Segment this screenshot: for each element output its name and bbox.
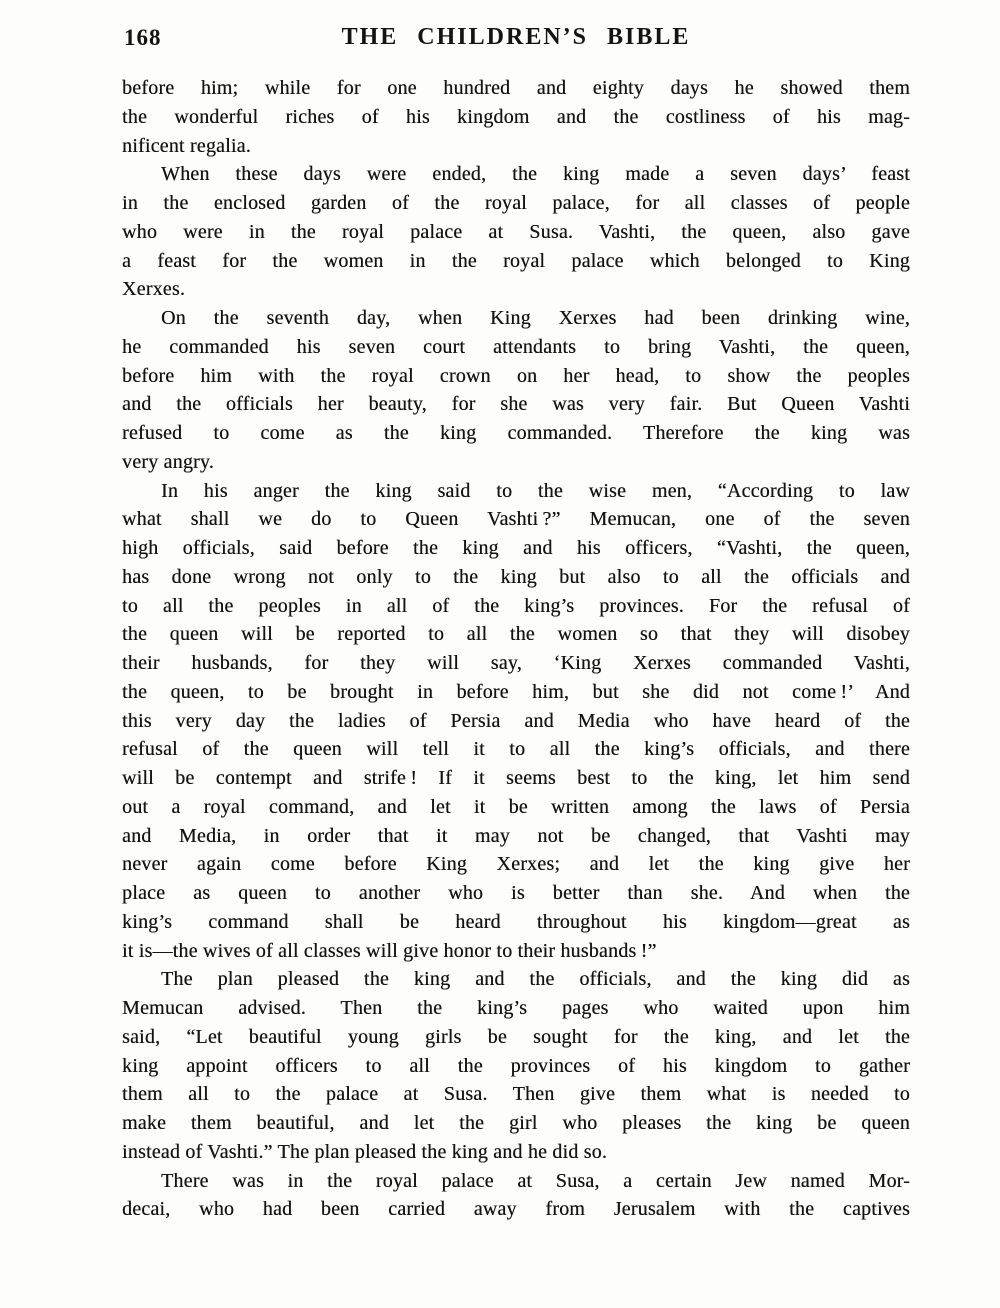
running-header: 168 THE CHILDREN’S BIBLE [122, 22, 910, 58]
text-line: place as queen to another who is better … [122, 879, 910, 908]
text-line: king appoint officers to all the provinc… [122, 1052, 910, 1081]
page-number: 168 [124, 25, 162, 51]
page-content: 168 THE CHILDREN’S BIBLE before him; whi… [122, 22, 910, 1224]
text-line: never again come before King Xerxes; and… [122, 850, 910, 879]
text-line: The plan pleased the king and the offici… [122, 965, 910, 994]
paragraph: When these days were ended, the king mad… [122, 160, 910, 304]
text-line: and the officials her beauty, for she wa… [122, 390, 910, 419]
paragraph: The plan pleased the king and the offici… [122, 965, 910, 1166]
page-body: before him; while for one hundred and ei… [122, 74, 910, 1224]
text-line: nificent regalia. [122, 132, 910, 161]
text-line: he commanded his seven court attendants … [122, 333, 910, 362]
text-line: very angry. [122, 448, 910, 477]
text-line: king’s command shall be heard throughout… [122, 908, 910, 937]
book-page: 168 THE CHILDREN’S BIBLE before him; whi… [0, 0, 1000, 1308]
text-line: has done wrong not only to the king but … [122, 563, 910, 592]
text-line: out a royal command, and let it be writt… [122, 793, 910, 822]
page-title: THE CHILDREN’S BIBLE [122, 22, 910, 51]
text-line: what shall we do to Queen Vashti ?” Memu… [122, 505, 910, 534]
text-line: Xerxes. [122, 275, 910, 304]
paragraph: There was in the royal palace at Susa, a… [122, 1167, 910, 1225]
text-line: decai, who had been carried away from Je… [122, 1195, 910, 1224]
text-line: them all to the palace at Susa. Then giv… [122, 1080, 910, 1109]
text-line: refused to come as the king commanded. T… [122, 419, 910, 448]
paragraph: before him; while for one hundred and ei… [122, 74, 910, 160]
text-line: it is—the wives of all classes will give… [122, 937, 910, 966]
text-line: make them beautiful, and let the girl wh… [122, 1109, 910, 1138]
text-line: When these days were ended, the king mad… [122, 160, 910, 189]
paragraph: In his anger the king said to the wise m… [122, 477, 910, 966]
text-line: In his anger the king said to the wise m… [122, 477, 910, 506]
text-line: to all the peoples in all of the king’s … [122, 592, 910, 621]
text-line: instead of Vashti.” The plan pleased the… [122, 1138, 910, 1167]
text-line: in the enclosed garden of the royal pala… [122, 189, 910, 218]
text-line: the wonderful riches of his kingdom and … [122, 103, 910, 132]
text-line: high officials, said before the king and… [122, 534, 910, 563]
text-line: this very day the ladies of Persia and M… [122, 707, 910, 736]
text-line: who were in the royal palace at Susa. Va… [122, 218, 910, 247]
text-line: will be contempt and strife ! If it seem… [122, 764, 910, 793]
text-line: the queen will be reported to all the wo… [122, 620, 910, 649]
text-line: their husbands, for they will say, ‘King… [122, 649, 910, 678]
text-line: said, “Let beautiful young girls be soug… [122, 1023, 910, 1052]
text-line: before him; while for one hundred and ei… [122, 74, 910, 103]
text-line: the queen, to be brought in before him, … [122, 678, 910, 707]
text-line: On the seventh day, when King Xerxes had… [122, 304, 910, 333]
text-line: and Media, in order that it may not be c… [122, 822, 910, 851]
paragraph: On the seventh day, when King Xerxes had… [122, 304, 910, 477]
text-line: before him with the royal crown on her h… [122, 362, 910, 391]
text-line: a feast for the women in the royal palac… [122, 247, 910, 276]
text-line: refusal of the queen will tell it to all… [122, 735, 910, 764]
text-line: There was in the royal palace at Susa, a… [122, 1167, 910, 1196]
text-line: Memucan advised. Then the king’s pages w… [122, 994, 910, 1023]
